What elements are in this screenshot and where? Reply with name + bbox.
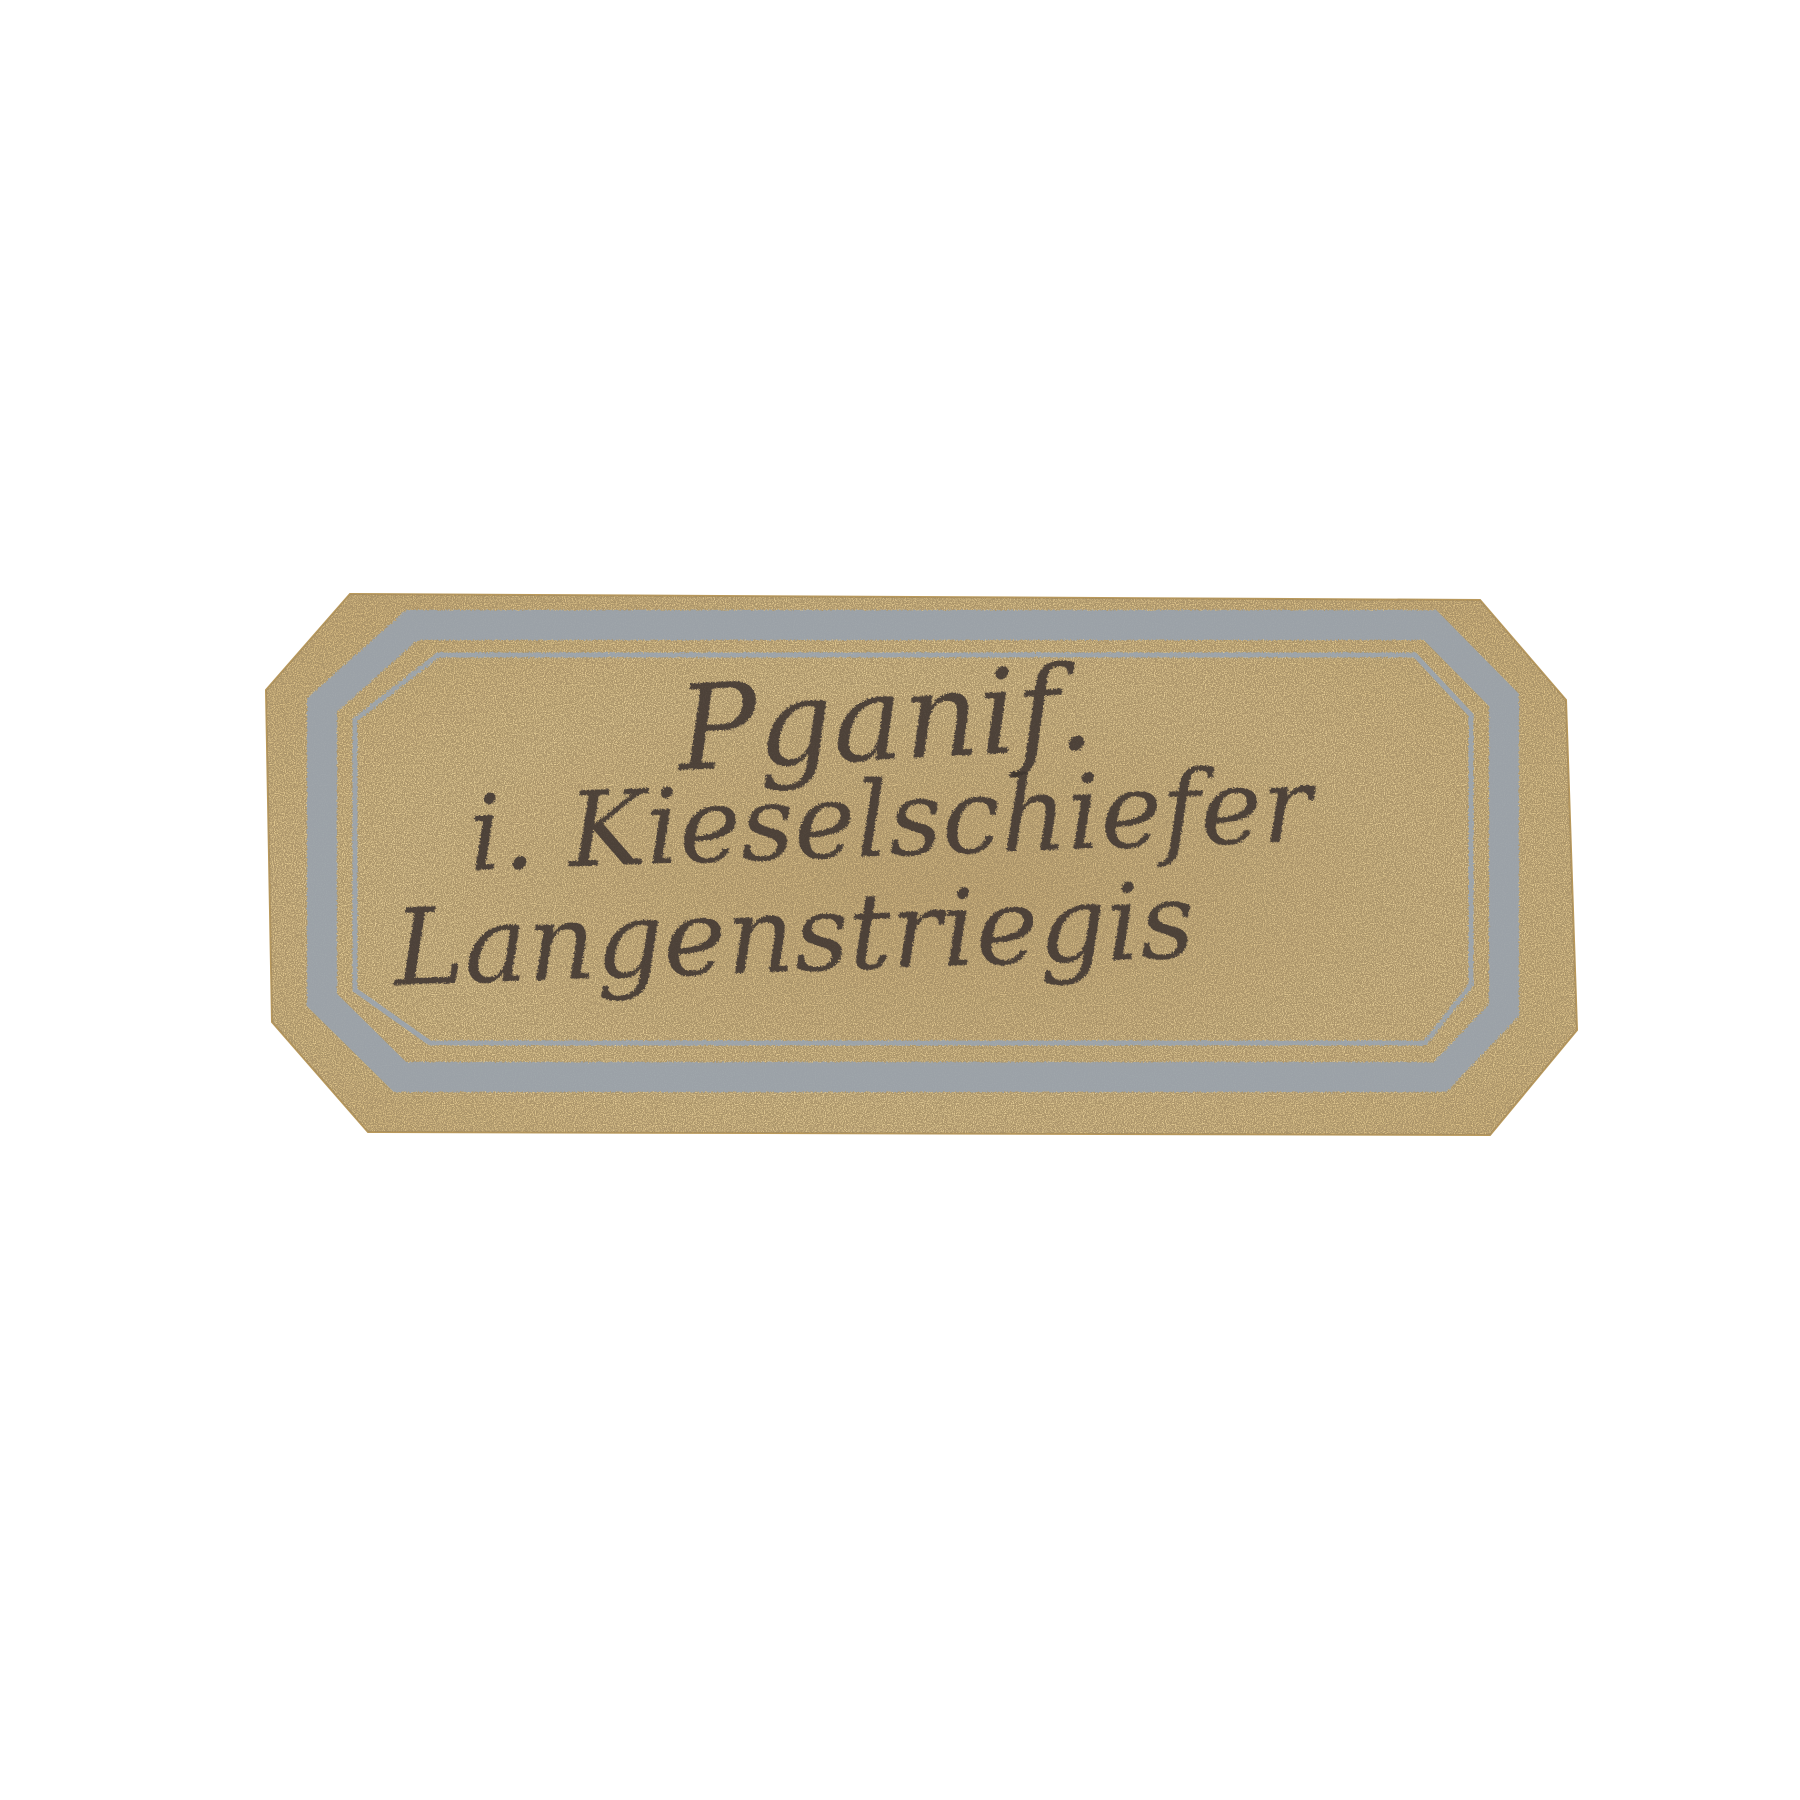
label-scene: Pganif. i. Kieselschiefer Langenstriegis [0, 0, 1800, 1800]
